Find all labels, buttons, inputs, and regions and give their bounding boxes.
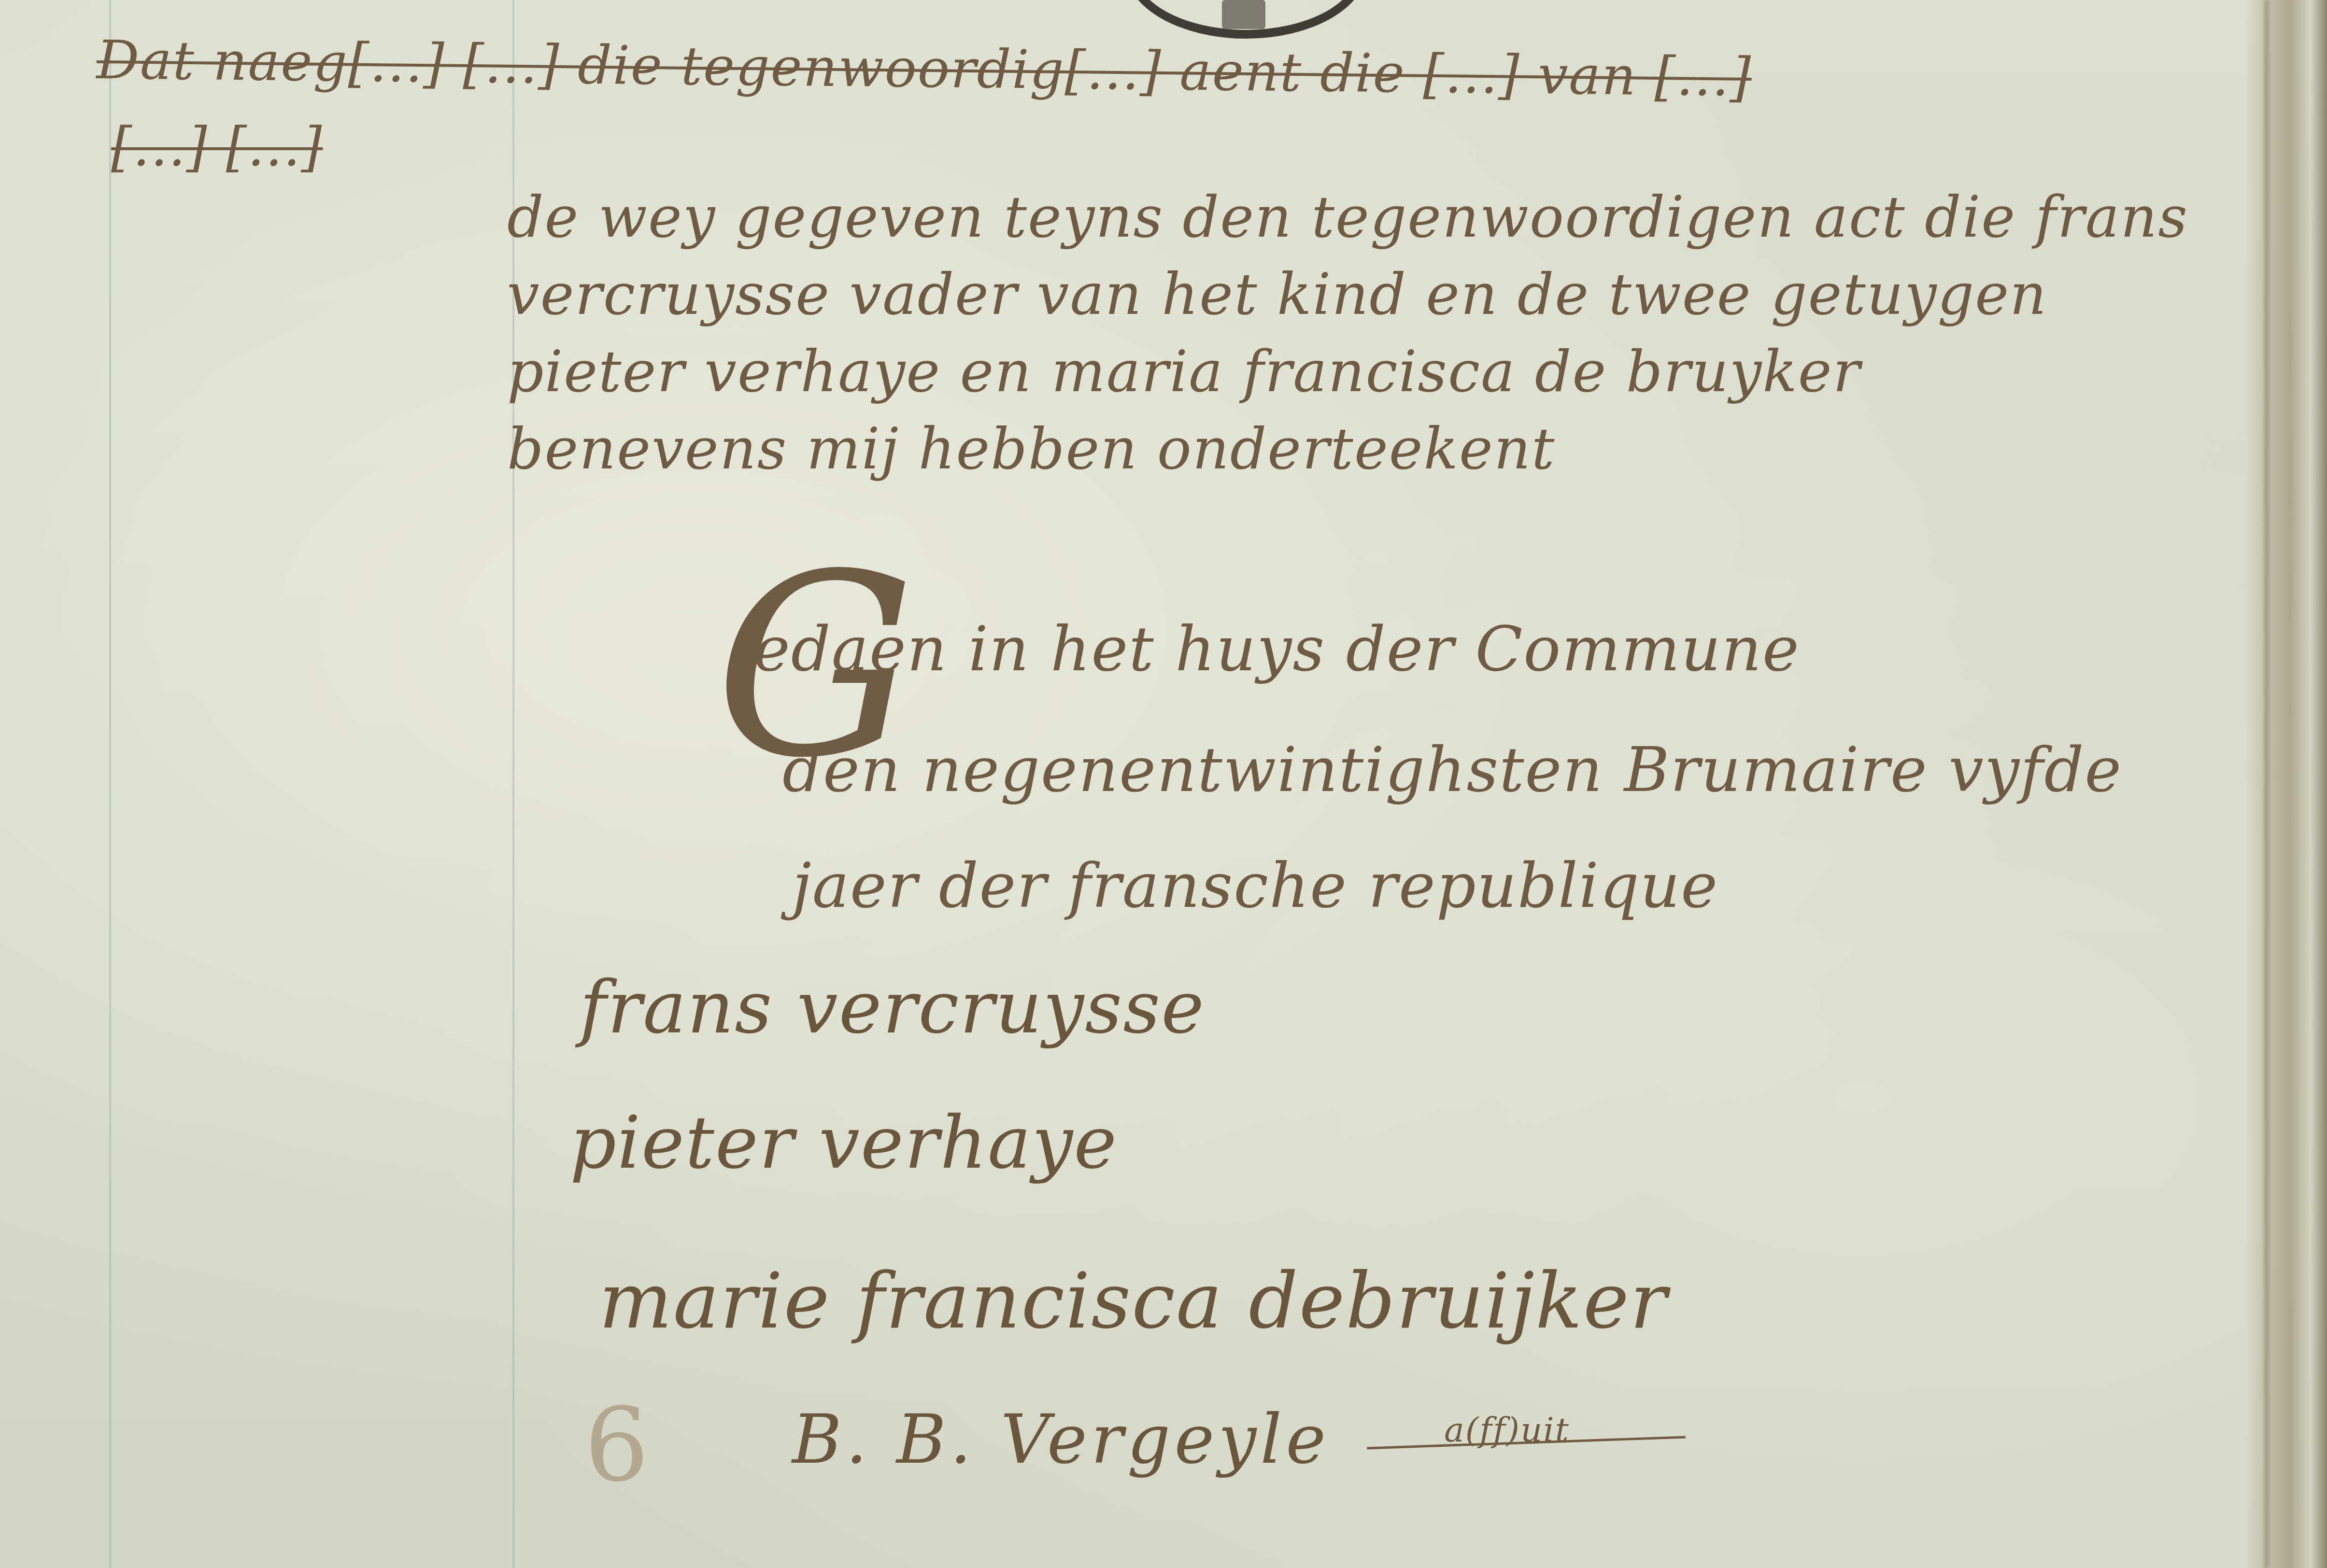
body-line-3: pieter verhaye en maria francisca de bru… (507, 338, 1861, 405)
page-binding-edge (2245, 0, 2327, 1568)
seal-emblem (1222, 0, 1265, 29)
body-line-1: de wey gegeven teyns den tegenwoordigen … (507, 184, 2188, 250)
signature-witness-1: pieter verhaye (570, 1101, 1118, 1185)
margin-rule-left (109, 0, 112, 1568)
signature-witness-2: marie francisca debruijker (599, 1256, 1668, 1346)
document-page: Dat naeg[...] [...] die tegenwoordig[...… (0, 0, 2327, 1568)
closing-line-2: den negenentwintighsten Brumaire vyfde (782, 734, 2122, 806)
page-fold-line (2264, 0, 2269, 1568)
margin-note-line-1: Dat naeg[...] [...] die tegenwoordig[...… (96, 29, 1752, 108)
bleed-through-page-mark: 6 (584, 1386, 649, 1504)
signature-officer: B. B. Vergeyle (792, 1400, 1330, 1479)
closing-line-1: edaen in het huys der Commune (753, 613, 1800, 685)
signature-father: frans vercruysse (580, 966, 1205, 1050)
closing-line-3: jaer der fransche republique (792, 850, 1718, 922)
body-line-2: vercruysse vader van het kind en de twee… (507, 261, 2047, 327)
body-line-4: benevens mij hebben onderteekent (507, 415, 1555, 482)
margin-note-line-2: [...] [...] (111, 116, 323, 178)
